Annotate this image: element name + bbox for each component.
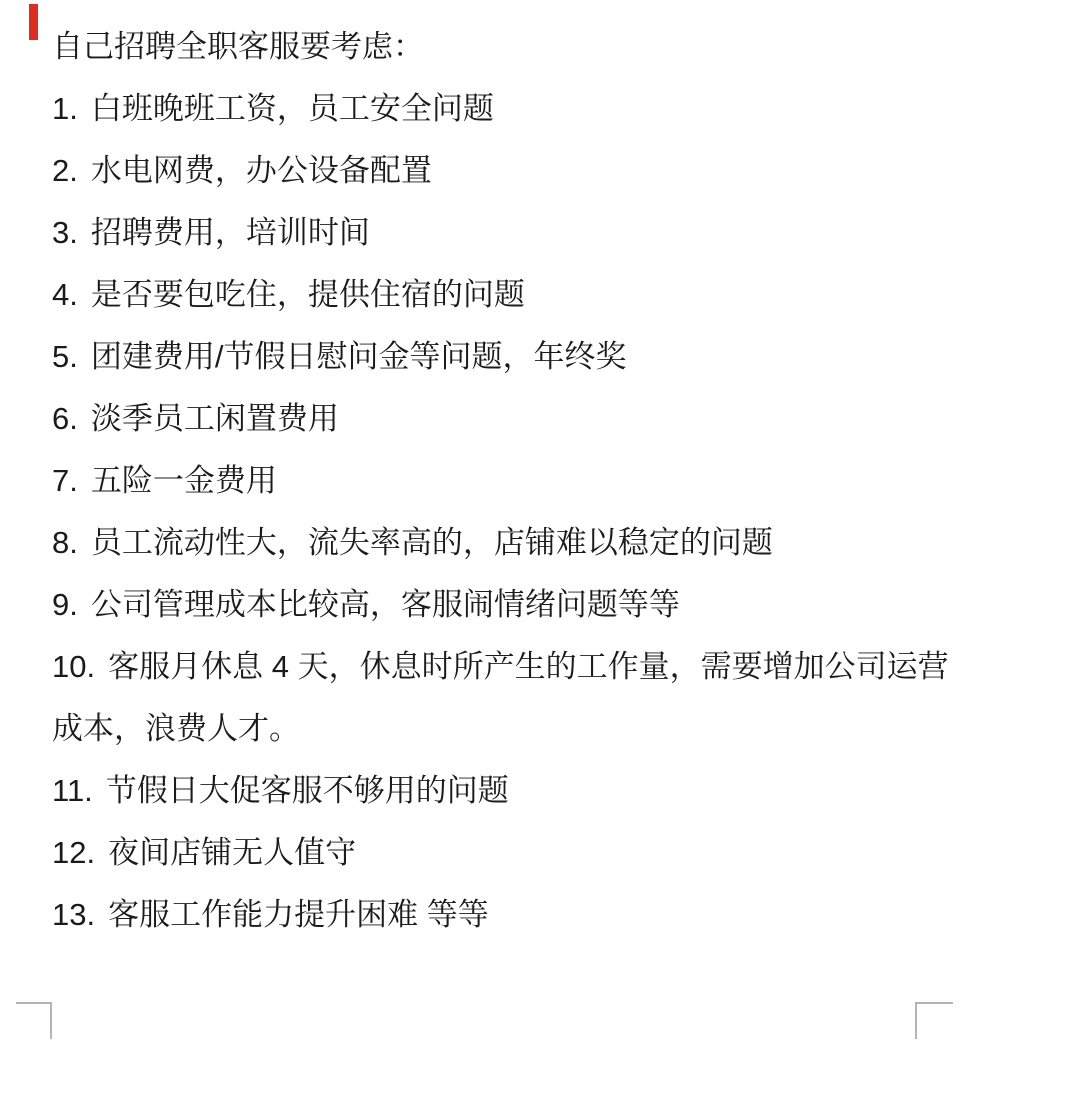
list-item: 10.客服月休息 4 天，休息时所产生的工作量，需要增加公司运营 [52, 636, 949, 698]
list-item: 6.淡季员工闲置费用 [52, 388, 949, 450]
document-text: 自己招聘全职客服要考虑：1.白班晚班工资，员工安全问题2.水电网费，办公设备配置… [52, 16, 949, 946]
corner-mark-horizontal-line [16, 1002, 52, 1004]
list-item: 3.招聘费用，培训时间 [52, 202, 949, 264]
line-text: 是否要包吃住，提供住宿的问题 [91, 277, 525, 312]
line-text: 客服月休息 4 天，休息时所产生的工作量，需要增加公司运营 [108, 649, 948, 684]
list-item-continuation: 成本，浪费人才。 [52, 698, 949, 760]
line-text: 员工流动性大，流失率高的，店铺难以稳定的问题 [91, 525, 773, 560]
list-item: 13.客服工作能力提升困难 等等 [52, 884, 949, 946]
document-title: 自己招聘全职客服要考虑： [52, 16, 949, 78]
list-item: 12.夜间店铺无人值守 [52, 822, 949, 884]
list-item: 9.公司管理成本比较高，客服闹情绪问题等等 [52, 574, 949, 636]
line-text: 白班晚班工资，员工安全问题 [91, 91, 494, 126]
line-text: 公司管理成本比较高，客服闹情绪问题等等 [91, 587, 680, 622]
page-corner-mark-right [915, 1002, 917, 1039]
line-text: 成本，浪费人才。 [52, 711, 300, 746]
list-item: 7.五险一金费用 [52, 450, 949, 512]
list-item-number: 12. [52, 822, 95, 884]
list-item-number: 4. [52, 264, 78, 326]
title-text: 自己招聘全职客服要考虑： [52, 29, 424, 64]
list-item-number: 13. [52, 884, 95, 946]
line-text: 水电网费，办公设备配置 [91, 153, 432, 188]
list-item: 5.团建费用/节假日慰问金等问题，年终奖 [52, 326, 949, 388]
corner-mark-vertical-line [915, 1002, 917, 1039]
list-item: 1.白班晚班工资，员工安全问题 [52, 78, 949, 140]
list-item-number: 10. [52, 636, 95, 698]
list-item: 4.是否要包吃住，提供住宿的问题 [52, 264, 949, 326]
line-text: 五险一金费用 [91, 463, 277, 498]
list-item-number: 3. [52, 202, 78, 264]
corner-mark-vertical-line [50, 1002, 52, 1039]
line-text: 节假日大促客服不够用的问题 [106, 773, 509, 808]
list-item: 8.员工流动性大，流失率高的，店铺难以稳定的问题 [52, 512, 949, 574]
list-item-number: 1. [52, 78, 78, 140]
line-text: 招聘费用，培训时间 [91, 215, 370, 250]
line-text: 客服工作能力提升困难 等等 [108, 897, 489, 932]
page-corner-mark-left [50, 1002, 52, 1039]
list-item-number: 6. [52, 388, 78, 450]
list-item-number: 9. [52, 574, 78, 636]
line-text: 团建费用/节假日慰问金等问题，年终奖 [91, 339, 627, 374]
list-item: 11.节假日大促客服不够用的问题 [52, 760, 949, 822]
line-text: 淡季员工闲置费用 [91, 401, 339, 436]
list-item-number: 7. [52, 450, 78, 512]
line-text: 夜间店铺无人值守 [108, 835, 356, 870]
corner-mark-horizontal-line [915, 1002, 953, 1004]
document-page: 自己招聘全职客服要考虑：1.白班晚班工资，员工安全问题2.水电网费，办公设备配置… [0, 0, 1070, 1096]
list-item-number: 8. [52, 512, 78, 574]
list-item-number: 11. [52, 760, 93, 822]
red-indicator-bar [29, 4, 38, 40]
list-item-number: 2. [52, 140, 78, 202]
list-item-number: 5. [52, 326, 78, 388]
list-item: 2.水电网费，办公设备配置 [52, 140, 949, 202]
